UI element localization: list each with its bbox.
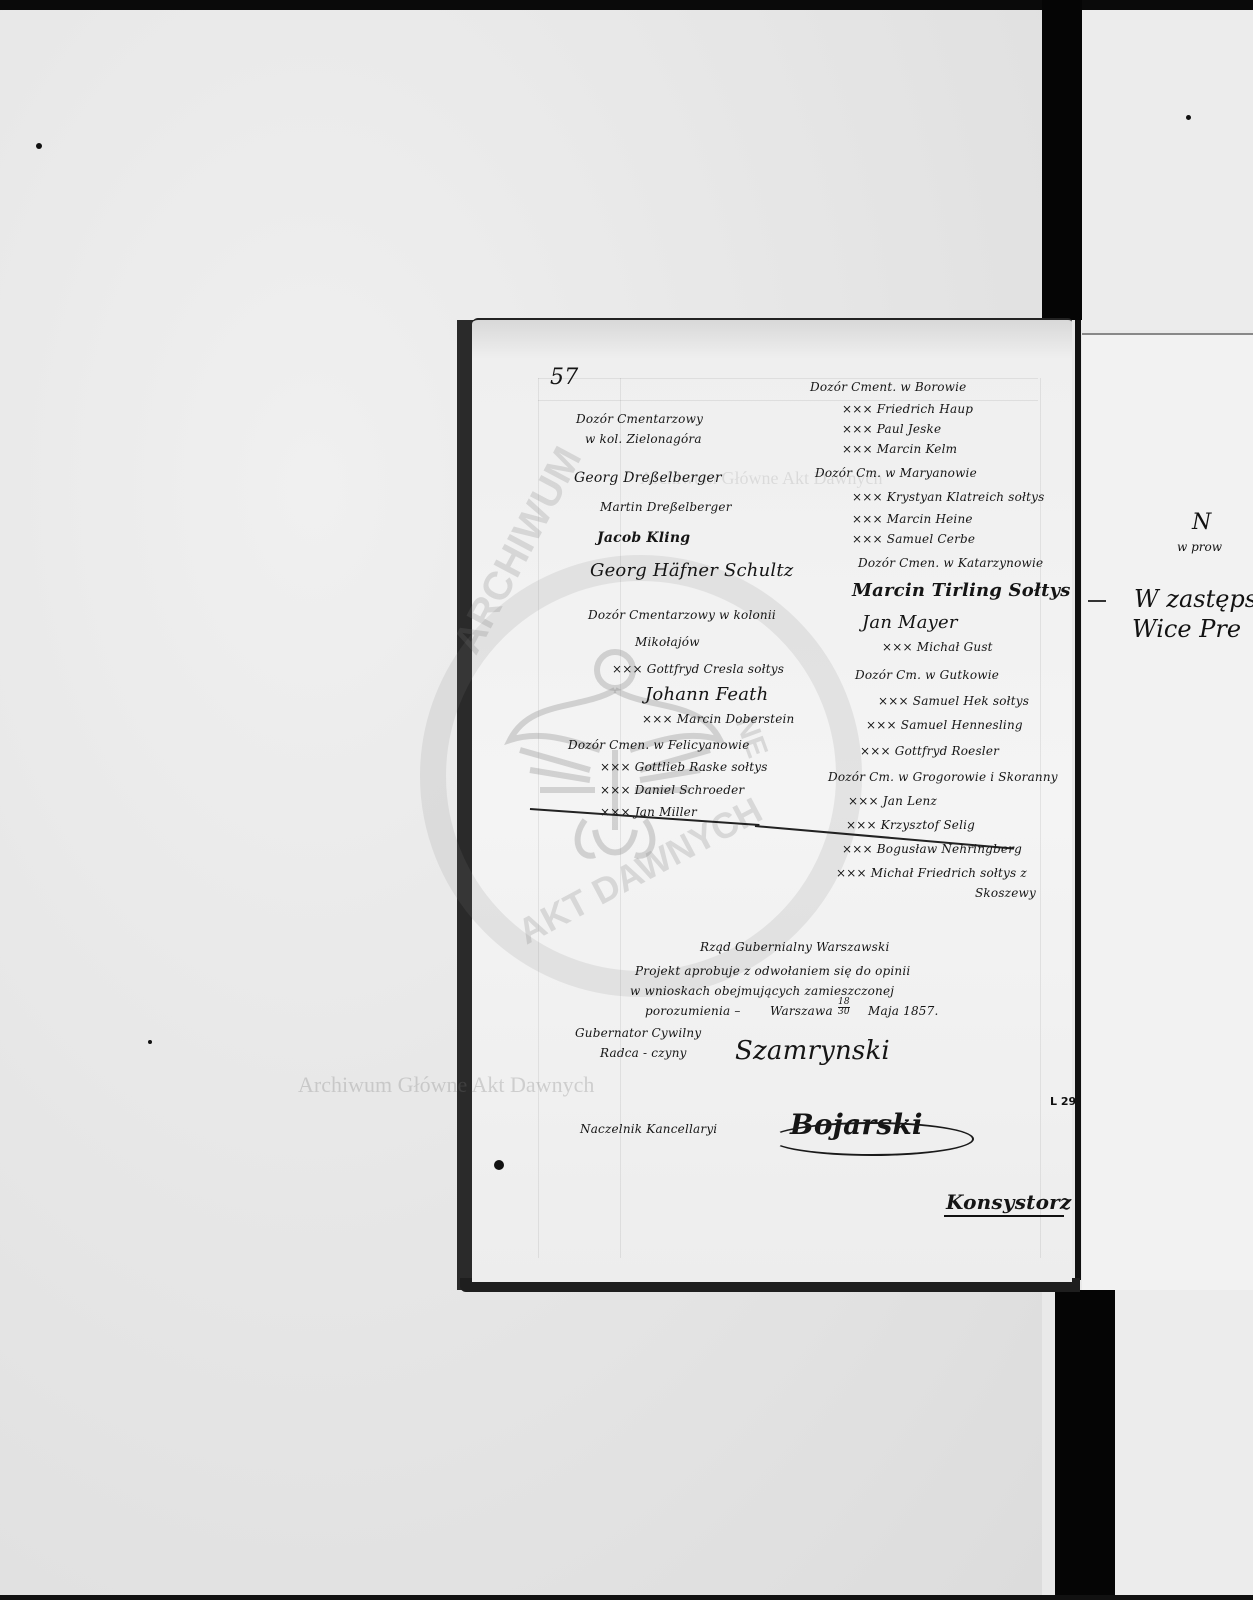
right-section5-name: ××× Bogusław Nehringberg	[842, 842, 1022, 856]
right-section2-name: ××× Marcin Heine	[852, 512, 973, 526]
left-section1-name: Georg Häfner Schultz	[590, 560, 793, 581]
ruled-line	[1040, 378, 1041, 1258]
right-section1-heading: Dozór Cment. w Borowie	[810, 380, 967, 394]
scan-background-right	[1082, 10, 1253, 330]
approval-date-fraction: 18 30	[838, 998, 850, 1017]
approval-heading: Rząd Gubernialny Warszawski	[700, 940, 889, 954]
approval-line-1: Projekt aprobuje z odwołaniem się do opi…	[635, 964, 910, 978]
facing-dash	[1088, 600, 1106, 602]
approval-month-year: Maja 1857.	[868, 1004, 938, 1018]
consistory-underline	[944, 1215, 1064, 1217]
right-section3-name: Jan Mayer	[862, 612, 958, 633]
book-gutter-lower	[1055, 1290, 1115, 1600]
right-section1-name: ××× Marcin Kelm	[842, 442, 957, 456]
book-gutter-upper	[1042, 0, 1082, 320]
left-section2-heading-1: Dozór Cmentarzowy w kolonii	[588, 608, 776, 622]
left-section3-name: ××× Gottlieb Raske sołtys	[600, 760, 768, 774]
left-section2-name: ××× Gottfryd Cresla sołtys	[612, 662, 784, 676]
facing-fragment-4: Wice Pre	[1132, 615, 1241, 643]
right-section3-name: ××× Michał Gust	[882, 640, 993, 654]
left-section1-name: Jacob Kling	[597, 530, 690, 546]
ruled-line	[538, 400, 1038, 401]
right-section5-name: ××× Michał Friedrich sołtys z	[836, 866, 1027, 880]
right-section2-name: ××× Krystyan Klatreich sołtys	[852, 490, 1044, 504]
facing-fragment-1: N	[1192, 510, 1211, 535]
left-section1-name: Georg Dreßelberger	[574, 470, 722, 486]
right-section4-name: ××× Samuel Hennesling	[866, 718, 1023, 732]
left-section1-heading-2: w kol. Zielonagóra	[585, 432, 702, 446]
right-section3-heading: Dozór Cmen. w Katarzynowie	[858, 556, 1043, 570]
consistory-label: Konsystorz	[946, 1190, 1071, 1214]
archive-reference: L 29	[1050, 1095, 1076, 1108]
scan-background-right-lower	[1115, 1290, 1253, 1595]
facing-fragment-2: w prow	[1177, 540, 1222, 554]
right-section5-name: Skoszewy	[975, 886, 1036, 900]
left-section3-heading: Dozór Cmen. w Felicyanowie	[568, 738, 750, 752]
dust-speck	[36, 143, 42, 149]
facing-page-edge	[1075, 320, 1081, 1280]
right-section2-heading: Dozór Cm. w Maryanowie	[815, 466, 977, 480]
archive-watermark-line: Archiwum Główne Akt Dawnych	[298, 1072, 594, 1098]
right-section4-heading: Dozór Cm. w Gutkowie	[855, 668, 999, 682]
right-section5-heading: Dozór Cm. w Grogorowie i Skoranny	[828, 770, 1058, 784]
dust-speck	[494, 1160, 504, 1170]
approval-line-2: w wnioskach obejmujących zamieszczonej	[630, 984, 894, 998]
right-section5-name: ××× Krzysztof Selig	[846, 818, 975, 832]
left-section2-heading-2: Mikołajów	[635, 635, 700, 649]
approval-place: Warszawa	[770, 1004, 833, 1018]
page-number: 57	[550, 365, 578, 390]
right-section1-name: ××× Friedrich Haup	[842, 402, 973, 416]
approval-line-3: porozumienia –	[645, 1004, 741, 1018]
right-section1-name: ××× Paul Jeske	[842, 422, 941, 436]
governor-title-2: Radca - czyny	[600, 1046, 687, 1060]
left-section1-heading-1: Dozór Cmentarzowy	[576, 412, 703, 426]
right-section3-name: Marcin Tirling Sołtys	[852, 580, 1071, 601]
governor-signature: Szamrynski	[735, 1036, 890, 1066]
left-section1-name: Martin Dreßelberger	[600, 500, 732, 514]
ruled-line	[538, 378, 1038, 379]
right-section2-name: ××× Samuel Cerbe	[852, 532, 975, 546]
chancellery-title: Naczelnik Kancellaryi	[580, 1122, 717, 1136]
left-section3-name: ××× Daniel Schroeder	[600, 783, 744, 797]
right-section4-name: ××× Gottfryd Roesler	[860, 744, 999, 758]
date-day-new-style: 30	[838, 1008, 850, 1017]
facing-fragment-3: W zastępstw	[1134, 585, 1253, 613]
right-section4-name: ××× Samuel Hek sołtys	[878, 694, 1029, 708]
left-section2-name: ××× Marcin Doberstein	[642, 712, 794, 726]
dust-speck	[1186, 115, 1191, 120]
facing-page: N w prow W zastępstw Wice Pre	[1082, 333, 1253, 1296]
scan-bottom-border	[0, 1595, 1253, 1600]
right-section5-name: ××× Jan Lenz	[848, 794, 937, 808]
signature-flourish	[770, 1122, 974, 1156]
governor-title-1: Gubernator Cywilny	[575, 1026, 701, 1040]
dust-speck	[148, 1040, 152, 1044]
left-section2-name: Johann Feath	[645, 684, 768, 705]
